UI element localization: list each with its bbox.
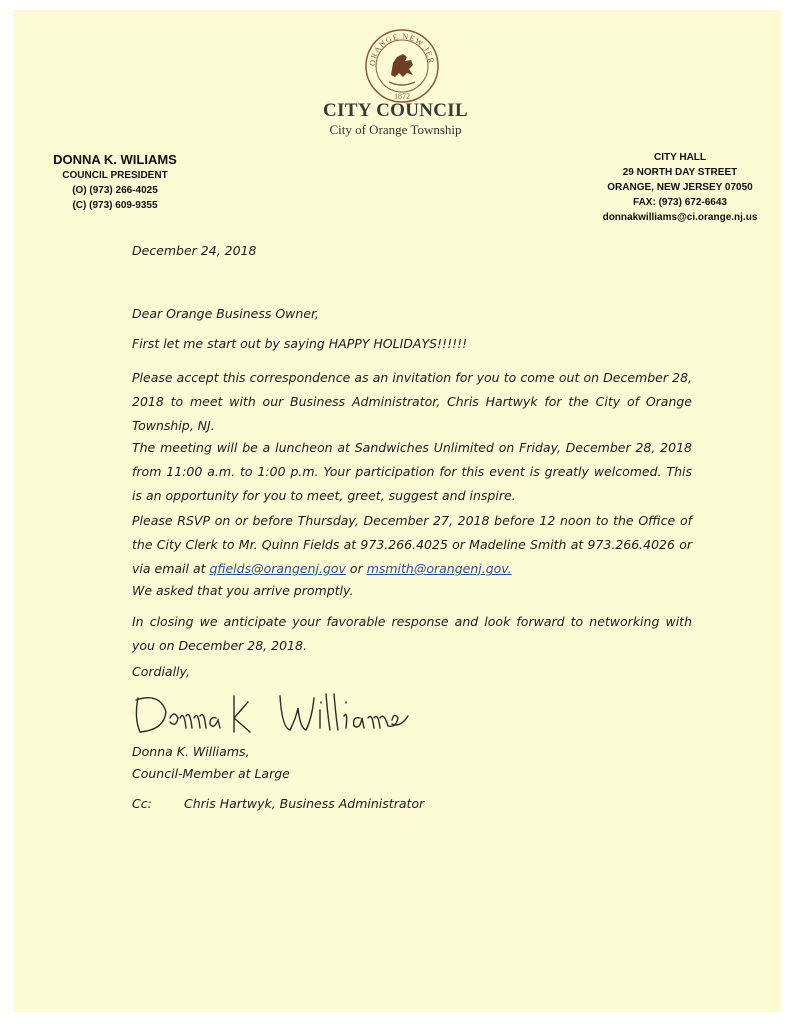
paragraph-rsvp: Please RSVP on or before Thursday, Decem… bbox=[132, 509, 692, 581]
cc-label: Cc: bbox=[132, 792, 152, 816]
council-subtitle: City of Orange Township bbox=[0, 122, 791, 138]
paragraph-meeting: The meeting will be a luncheon at Sandwi… bbox=[132, 436, 692, 508]
sender-block: DONNA K. WILIAMS COUNCIL PRESIDENT (O) (… bbox=[40, 151, 190, 213]
signer-title: Council-Member at Large bbox=[132, 762, 692, 786]
sender-name: DONNA K. WILIAMS bbox=[40, 151, 190, 168]
email-link-msmith[interactable]: msmith@orangenj.gov. bbox=[367, 561, 512, 576]
sender-role: COUNCIL PRESIDENT bbox=[40, 168, 190, 183]
letter-date: December 24, 2018 bbox=[132, 239, 692, 263]
address-building: CITY HALL bbox=[590, 150, 770, 165]
handwritten-signature bbox=[130, 688, 430, 738]
closing: Cordially, bbox=[132, 660, 692, 684]
address-city: ORANGE, NEW JERSEY 07050 bbox=[590, 180, 770, 195]
paragraph-greeting: First let me start out by saying HAPPY H… bbox=[132, 332, 692, 356]
paragraph-closing: In closing we anticipate your favorable … bbox=[132, 610, 692, 658]
salutation: Dear Orange Business Owner, bbox=[132, 302, 692, 326]
rsvp-or: or bbox=[346, 561, 367, 576]
paragraph-arrival: We asked that you arrive promptly. bbox=[132, 579, 692, 603]
city-seal-icon: ORANGE NEW JERSEY 1872 bbox=[363, 27, 441, 105]
address-block: CITY HALL 29 NORTH DAY STREET ORANGE, NE… bbox=[590, 150, 770, 225]
email-link-qfields[interactable]: qfields@orangenj.gov bbox=[209, 561, 345, 576]
address-fax: FAX: (973) 672-6643 bbox=[590, 195, 770, 210]
cc-recipient: Chris Hartwyk, Business Administrator bbox=[184, 792, 424, 816]
council-title: CITY COUNCIL bbox=[0, 100, 791, 122]
paragraph-invitation: Please accept this correspondence as an … bbox=[132, 366, 692, 438]
signer-name: Donna K. Williams, bbox=[132, 740, 692, 764]
sender-office-phone: (O) (973) 266-4025 bbox=[40, 183, 190, 198]
sender-cell-phone: (C) (973) 609-9355 bbox=[40, 198, 190, 213]
address-street: 29 NORTH DAY STREET bbox=[590, 165, 770, 180]
address-email[interactable]: donnakwilliams@ci.orange.nj.us bbox=[590, 210, 770, 225]
